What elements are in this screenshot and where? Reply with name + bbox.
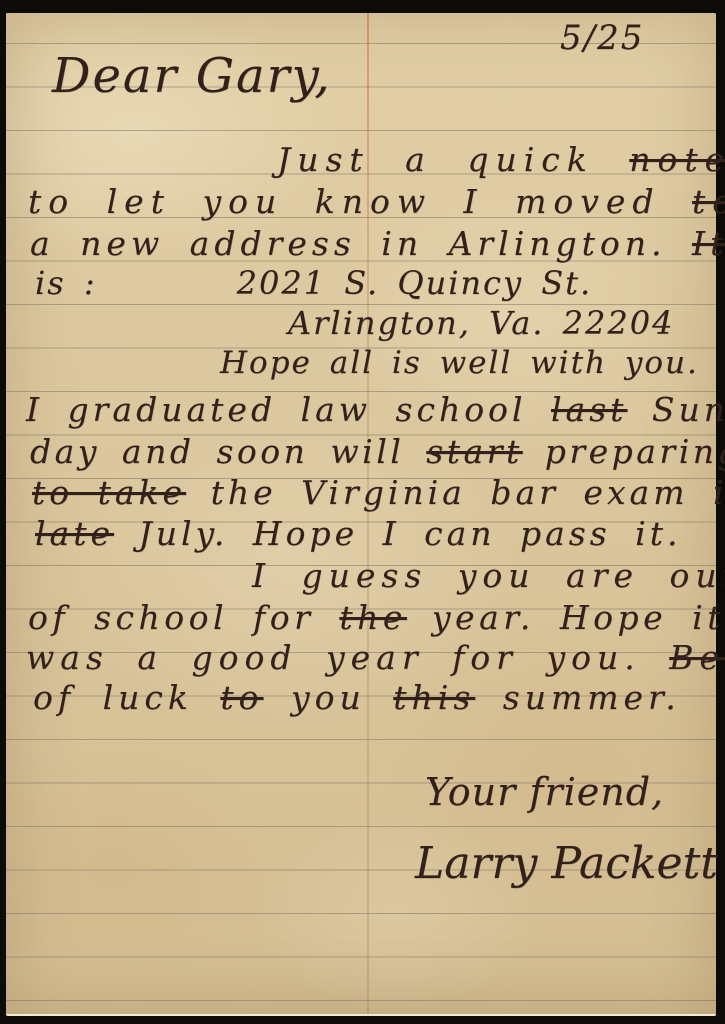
letter-text: day and soon will (30, 432, 426, 471)
letter-text: of luck (33, 678, 220, 717)
struck-word: start (426, 432, 522, 471)
struck-word: last (551, 390, 627, 429)
letter-text: you (264, 678, 394, 717)
letter-line: was a good year for you. Best (26, 638, 725, 677)
struck-word: It (692, 224, 725, 263)
letter-line: is :2021 S. Quincy St. (35, 264, 592, 302)
letter-text: 2021 S. Quincy St. (237, 264, 593, 302)
struck-word: note (629, 140, 725, 179)
letter-line: to let you know I moved to (28, 182, 725, 221)
letter-date: 5/25 (560, 18, 644, 58)
letter-line: late July. Hope I can pass it. (35, 514, 681, 553)
letter-line: Arlington, Va. 22204 (288, 304, 674, 342)
struck-word: the (339, 598, 407, 637)
letter-text: was a good year for you. (26, 638, 669, 677)
letter-text: I graduated law school (26, 390, 551, 429)
letter-text: preparing (523, 432, 725, 471)
letter-line: day and soon will start preparing (30, 432, 725, 471)
letter-text: Hope all is well with you. (220, 345, 699, 381)
letter-closing: Your friend, (425, 770, 664, 814)
letter-text: year. Hope it (407, 598, 725, 637)
letter-line: to take the Virginia bar exam in (32, 473, 725, 512)
letter-line: Hope all is well with you. (220, 345, 699, 381)
letter-paper: 5/25 Dear Gary, Just a quick noteto let … (6, 13, 716, 1016)
letter-text: is : (35, 264, 97, 302)
letter-text: Sun- (627, 390, 725, 429)
letter-text: I guess you are out (252, 556, 725, 595)
struck-word: to (220, 678, 263, 717)
struck-word: this (393, 678, 475, 717)
letter-line: a new address in Arlington. It (30, 224, 725, 263)
letter-text: Just a quick (277, 140, 629, 179)
letter-line: I guess you are out (252, 556, 725, 595)
letter-line: of luck to you this summer. (33, 678, 681, 717)
letter-text: summer. (475, 678, 680, 717)
letter-line: of school for the year. Hope it (28, 598, 725, 637)
struck-word: Best (669, 638, 725, 677)
letter-text: the Virginia bar exam in (186, 473, 725, 512)
letter-line: I graduated law school last Sun- (26, 390, 725, 429)
letter-text: a new address in Arlington. (30, 224, 692, 263)
letter-text: Arlington, Va. 22204 (288, 304, 674, 342)
letter-signature: Larry Packett (415, 838, 718, 889)
struck-word: to (692, 182, 725, 221)
letter-text: of school for (28, 598, 339, 637)
struck-word: late (35, 514, 114, 553)
letter-line: Just a quick note (277, 140, 725, 179)
letter-text: to let you know I moved (28, 182, 692, 221)
scanned-letter: 5/25 Dear Gary, Just a quick noteto let … (0, 0, 725, 1024)
struck-word: to take (32, 473, 186, 512)
letter-text: July. Hope I can pass it. (114, 514, 681, 553)
letter-salutation: Dear Gary, (52, 48, 332, 104)
